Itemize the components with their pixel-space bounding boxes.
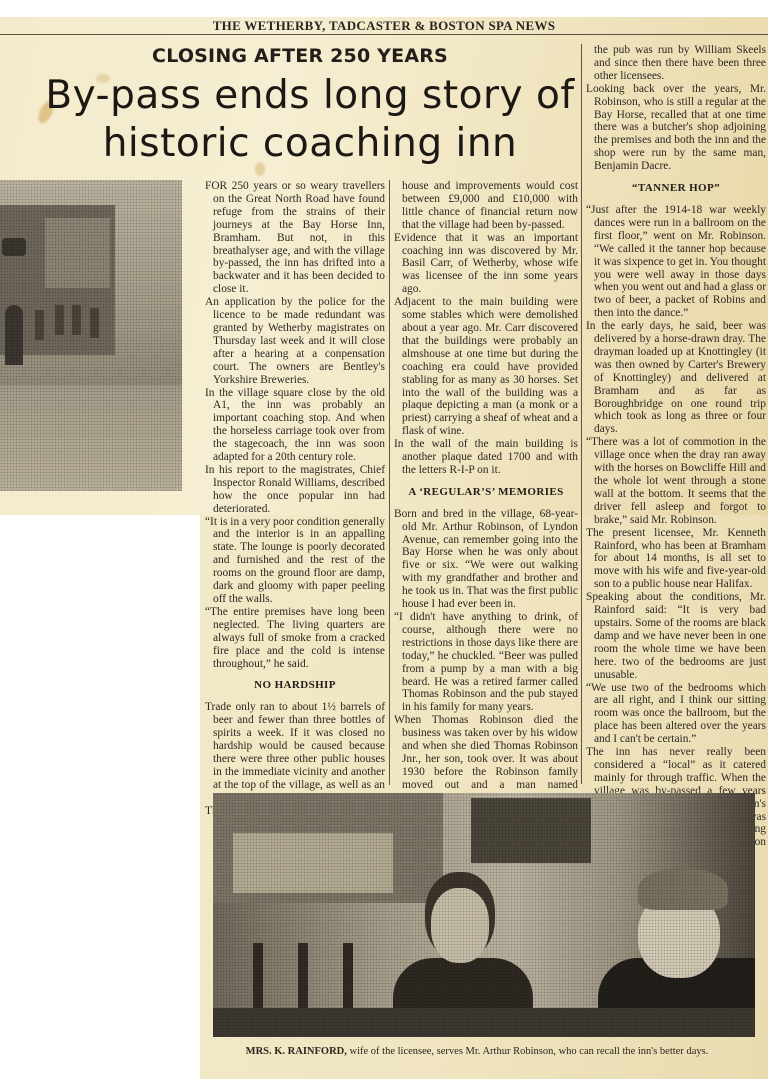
inn-upper-floor	[45, 218, 110, 288]
horse-sign-icon	[2, 238, 26, 256]
beer-pump-icon	[253, 943, 263, 1013]
bar-counter	[213, 1008, 755, 1037]
column-rule	[389, 180, 390, 785]
inn-building	[0, 205, 115, 355]
subheading-regulars-memories: A ‘REGULAR’S’ MEMORIES	[394, 486, 578, 499]
paragraph: “It is in a very poor condition generall…	[205, 516, 385, 606]
photo-caption: MRS. K. RAINFORD, wife of the licensee, …	[212, 1046, 742, 1058]
article-column-1: FOR 250 years or so weary travellers on …	[205, 180, 385, 856]
article-column-3: the pub was run by William Skeels and si…	[586, 44, 766, 862]
article-headline: By-pass ends long story of historic coac…	[40, 72, 580, 168]
man-head	[638, 893, 720, 978]
paragraph: The present licensee, Mr. Kenneth Rainfo…	[586, 527, 766, 592]
newspaper-masthead: THE WETHERBY, TADCASTER & BOSTON SPA NEW…	[0, 17, 768, 35]
paragraph: Speaking about the conditions, Mr. Rainf…	[586, 591, 766, 681]
paragraph: In the wall of the main building is anot…	[394, 438, 578, 477]
subheading-tanner-hop: “TANNER HOP”	[586, 182, 766, 195]
subheading-no-hardship: NO HARDSHIP	[205, 679, 385, 692]
man-figure	[598, 958, 755, 1037]
caption-text: wife of the licensee, serves Mr. Arthur …	[347, 1046, 708, 1057]
paragraph: Evidence that it was an important coachi…	[394, 232, 578, 297]
bar-interior-photo	[213, 793, 755, 1037]
paragraph: FOR 250 years or so weary travellers on …	[205, 180, 385, 296]
caption-name: MRS. K. RAINFORD,	[246, 1046, 347, 1057]
inn-door	[5, 305, 23, 365]
wall-picture	[471, 798, 591, 863]
headline-line-1: By-pass ends long story of	[40, 72, 580, 120]
paragraph: Born and bred in the village, 68-year-ol…	[394, 508, 578, 611]
bar-mirror	[233, 833, 393, 893]
paragraph: In the early days, he said, beer was del…	[586, 320, 766, 436]
column-rule	[581, 44, 582, 784]
paragraph: In the village square close by the old A…	[205, 387, 385, 464]
beer-pump-icon	[298, 943, 308, 1013]
inn-window	[35, 310, 44, 340]
paragraph: “I didn't have anything to drink, of cou…	[394, 611, 578, 714]
paragraph: Looking back over the years, Mr. Robinso…	[586, 83, 766, 173]
paragraph: Adjacent to the main building were some …	[394, 296, 578, 438]
beer-pump-icon	[343, 943, 353, 1013]
paragraph: An application by the police for the lic…	[205, 296, 385, 386]
inn-window	[72, 305, 81, 335]
article-column-2: house and improvements would cost betwee…	[394, 180, 578, 830]
inn-exterior-photo	[0, 180, 182, 491]
paragraph: “Just after the 1914-18 war weekly dance…	[586, 204, 766, 320]
paragraph: Trade only ran to about 1½ barrels of be…	[205, 701, 385, 804]
article-kicker: CLOSING AFTER 250 YEARS	[150, 45, 450, 67]
bottle-shelf	[213, 793, 443, 903]
paragraph: In his report to the magistrates, Chief …	[205, 464, 385, 516]
paragraph: “We use two of the bedrooms which are al…	[586, 682, 766, 747]
woman-figure	[393, 958, 533, 1037]
paragraph: “There was a lot of commotion in the vil…	[586, 436, 766, 526]
woman-head	[431, 888, 489, 963]
inn-window	[55, 305, 64, 335]
paragraph: “The entire premises have long been negl…	[205, 606, 385, 671]
headline-line-2: historic coaching inn	[40, 120, 580, 168]
inn-window	[90, 308, 99, 338]
paragraph: house and improvements would cost betwee…	[394, 180, 578, 232]
village-street	[0, 385, 182, 491]
flat-cap-icon	[638, 868, 728, 910]
paragraph: the pub was run by William Skeels and si…	[586, 44, 766, 83]
